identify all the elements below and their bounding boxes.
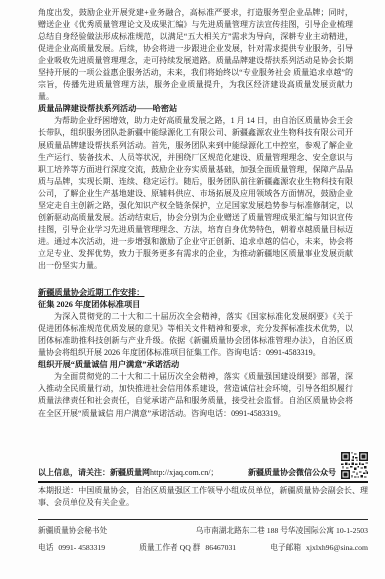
integrity-item-heading: 组织开展“质量诚信 用户满意”承诺活动 [38,359,353,371]
wechat-qr-code [341,452,368,479]
contact-row-2: 电话0991- 4583319 质量工作者 QQ 群86467031 电子邮箱x… [38,542,368,554]
newsletter-page: 角度出发，鼓励企业开展党建+业务融合，高标准严要求，打造服务型企业品牌；同时，赠… [0,0,385,579]
follow-prefix: 以上信息，请关注： [38,467,110,479]
follow-info-row: 以上信息，请关注： 新疆质量网 http://xjaq.com.cn/； 新疆质… [38,450,368,479]
divider-thin [38,519,368,520]
standards-item-paragraph: 为深入贯彻党的二十大和二十届历次全会精神，落实《国家标准化发展纲要》《关于促进团… [38,311,353,359]
phone-number: 电话0991- 4583319 [38,542,105,554]
wechat-account-label: 新疆质量协会微信公众号 [248,467,336,479]
work-plan-heading: 新疆质量协会近期工作安排： [38,287,353,299]
distribution-note: 本期报送：中国质量协会，自治区质量强区工作领导小组成员单位，新疆质量协会副会长、… [38,485,368,510]
secretariat-name: 新疆质量协会秘书处 [38,525,107,537]
divider-thick [38,481,368,483]
section-heading-hami: 质量品牌建设帮扶系列活动——哈密站 [38,103,353,115]
phone-label: 电话 [38,543,53,552]
hami-activity-paragraph: 为帮助企业纾困增效，助力走好高质量发展之路，1 月 14 日，由自治区质量协会王… [38,115,353,272]
contact-row-1: 新疆质量协会秘书处 乌市南湖北路东二巷 188 号华凌国际公寓 10-1-250… [38,525,368,537]
page-footer: 以上信息，请关注： 新疆质量网 http://xjaq.com.cn/； 新疆质… [38,450,368,554]
site-name: 新疆质量网 [110,467,150,479]
qq-group: 质量工作者 QQ 群86467031 [139,542,236,554]
qq-group-label: 质量工作者 QQ 群 [139,543,200,552]
page-body: 角度出发，鼓励企业开展党建+业务融合，高标准严要求，打造服务型企业品牌；同时，赠… [38,7,353,420]
continuation-paragraph: 角度出发，鼓励企业开展党建+业务融合，高标准严要求，打造服务型企业品牌；同时，赠… [38,7,353,103]
email-address: 电子邮箱xjxlxh96@sina.com [270,542,368,554]
office-address: 乌市南湖北路东二巷 188 号华凌国际公寓 10-1-2503 [196,525,368,537]
email-label: 电子邮箱 [270,543,301,552]
site-url[interactable]: http://xjaq.com.cn/； [150,467,218,479]
standards-item-heading: 征集 2026 年度团体标准项目 [38,299,353,311]
contact-block: 新疆质量协会秘书处 乌市南湖北路东二巷 188 号华凌国际公寓 10-1-250… [38,525,368,555]
integrity-item-paragraph: 为全面贯彻党的二十大和二十届历次全会精神，落实《质量强国建设纲要》部署，深入推动… [38,371,353,419]
